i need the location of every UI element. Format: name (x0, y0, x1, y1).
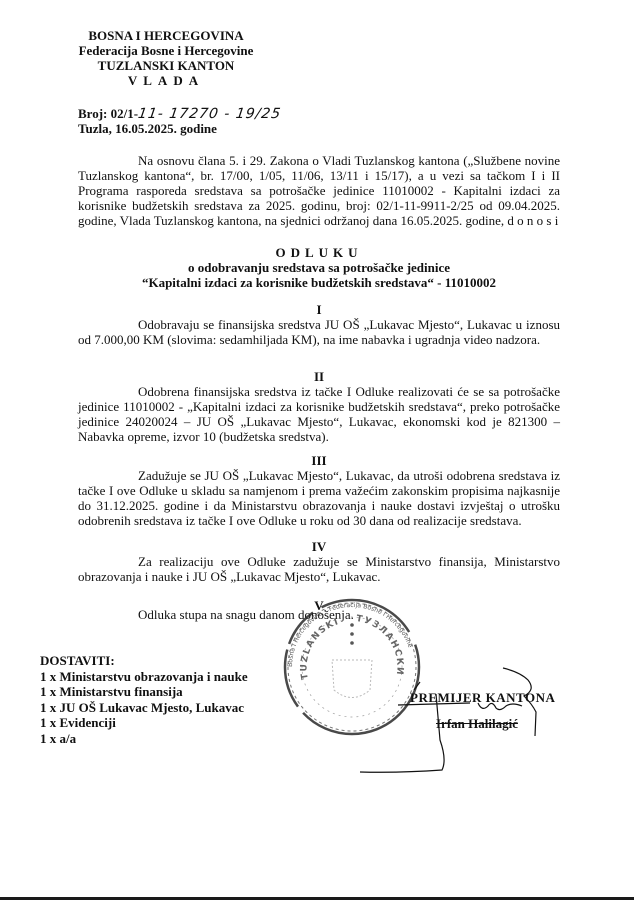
reference-number-label: Broj: 02/1- (78, 106, 138, 121)
coat-of-arms-icon (332, 660, 372, 698)
distribution-heading: DOSTAVITI: (40, 653, 248, 669)
section-1-body: Odobravaju se finansijska sredstva JU OŠ… (78, 317, 560, 347)
signatory-title: PREMIJER KANTONA (410, 690, 555, 706)
section-4-text: Za realizaciju ove Odluke zadužuje se Mi… (78, 554, 560, 584)
decision-subtitle-2: “Kapitalni izdaci za korisnike budžetski… (78, 275, 560, 290)
signatory-name: Irfan Halilagić (436, 716, 518, 732)
preamble: Na osnovu člana 5. i 29. Zakona o Vladi … (78, 153, 560, 228)
decision-subtitle-1: o odobravanju sredstava sa potrošačke je… (78, 260, 560, 275)
section-5-text: Odluka stupa na snagu danom donošenja. (78, 607, 560, 622)
distribution-item: 1 x JU OŠ Lukavac Mjesto, Lukavac (40, 700, 248, 716)
section-1-text: Odobravaju se finansijska sredstva JU OŠ… (78, 317, 560, 347)
section-2-body: Odobrena finansijska sredstva iz tačke I… (78, 384, 560, 444)
reference-number-handwritten: 11- 17270 - 19/25 (137, 106, 282, 122)
section-2-numeral: II (78, 369, 560, 384)
distribution-list: DOSTAVITI: 1 x Ministarstvu obrazovanja … (40, 653, 248, 746)
header-canton: TUZLANSKI KANTON (78, 58, 254, 73)
section-5-body: Odluka stupa na snagu danom donošenja. (138, 607, 354, 622)
section-2-text: Odobrena finansijska sredstva iz tačke I… (78, 384, 560, 444)
decision-title-main: ODLUKU (78, 245, 560, 260)
distribution-item: 1 x Ministarstvu obrazovanja i nauke (40, 669, 248, 685)
distribution-item: 1 x Evidenciji (40, 715, 248, 731)
distribution-item: 1 x Ministarstvu finansija (40, 684, 248, 700)
section-3-numeral: III (78, 453, 560, 468)
header-country: BOSNA I HERCEGOVINA (78, 28, 254, 43)
header-government: VLADA (78, 73, 254, 88)
distribution-item: 1 x a/a (40, 731, 248, 747)
signatory-name-text: Irfan Halilagić (436, 716, 518, 731)
header-federation: Federacija Bosne i Hercegovine (78, 43, 254, 58)
section-3-body: Zadužuje se JU OŠ „Lukavac Mjesto“, Luka… (78, 468, 560, 528)
place-date: Tuzla, 16.05.2025. godine (78, 121, 217, 137)
issuer-header: BOSNA I HERCEGOVINA Federacija Bosne i H… (78, 28, 254, 88)
decision-title: ODLUKU o odobravanju sredstava sa potroš… (78, 245, 560, 290)
section-3-text: Zadužuje se JU OŠ „Lukavac Mjesto“, Luka… (78, 468, 560, 528)
reference-number: Broj: 02/1-11- 17270 - 19/25 (78, 106, 281, 122)
section-4-body: Za realizaciju ove Odluke zadužuje se Mi… (78, 554, 560, 584)
preamble-text: Na osnovu člana 5. i 29. Zakona o Vladi … (78, 153, 560, 228)
section-1-numeral: I (78, 302, 560, 317)
section-4-numeral: IV (78, 539, 560, 554)
